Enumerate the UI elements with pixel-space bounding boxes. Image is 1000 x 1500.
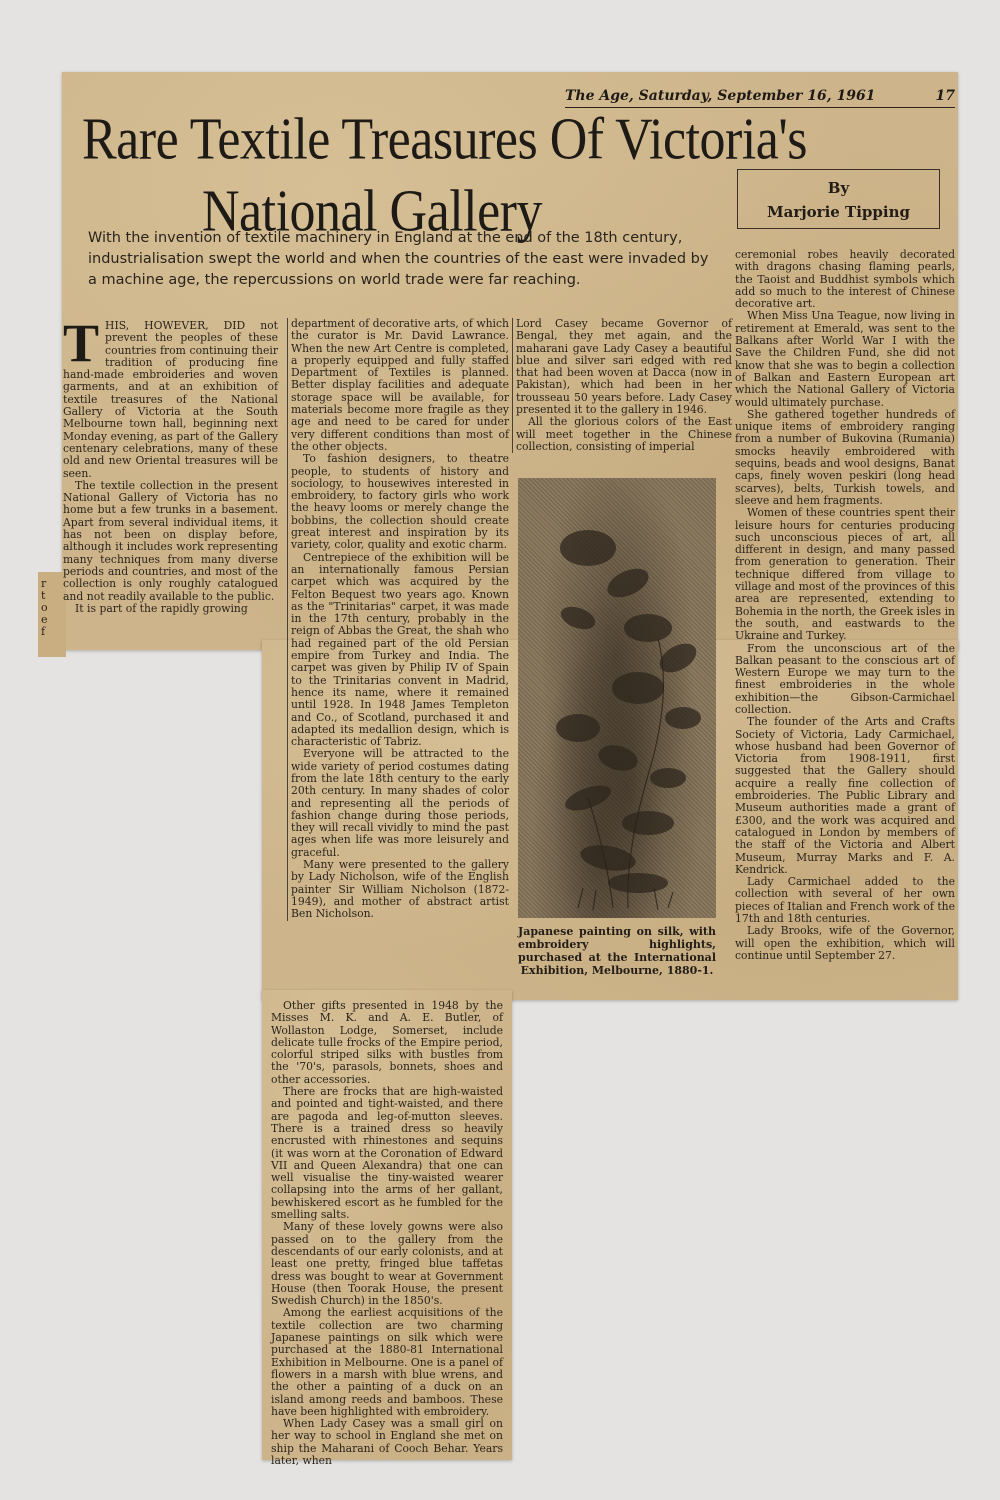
edge-fragment-text: r t o e f	[41, 578, 51, 638]
paragraph: The textile collection in the present Na…	[63, 480, 278, 603]
flower-painting-illustration	[518, 478, 716, 918]
paragraph: Women of these countries spent their lei…	[735, 507, 955, 642]
byline-author: Marjorie Tipping	[738, 200, 939, 224]
photo-caption: Japanese painting on silk, with embroide…	[518, 925, 716, 977]
article-column-2: department of decorative arts, of which …	[287, 318, 509, 921]
paragraph: Lady Brooks, wife of the Governor, will …	[735, 925, 955, 962]
paragraph: When Lady Casey was a small girl on her …	[271, 1418, 503, 1467]
article-column-4: ceremonial robes heavily decorated with …	[735, 249, 955, 962]
paragraph: It is part of the rapidly growing	[63, 603, 278, 615]
japanese-painting-photo	[518, 478, 716, 918]
paragraph: Lady Carmichael added to the collection …	[735, 876, 955, 925]
article-column-3: Lord Casey became Governor of Bengal, th…	[512, 318, 732, 453]
paragraph: Centrepiece of the exhibition will be an…	[291, 552, 509, 749]
paragraph: Among the earliest acquisitions of the t…	[271, 1307, 503, 1418]
paragraph: ceremonial robes heavily decorated with …	[735, 249, 955, 310]
paragraph: All the glorious colors of the East will…	[516, 416, 732, 453]
paragraph: To fashion designers, to theatre people,…	[291, 453, 509, 551]
paragraph: Many of these lovely gowns were also pas…	[271, 1221, 503, 1307]
drop-cap: T	[63, 322, 99, 364]
paragraph: There are frocks that are high-waisted a…	[271, 1086, 503, 1221]
paragraph: From the unconscious art of the Balkan p…	[735, 643, 955, 717]
paragraph: Many were presented to the gallery by La…	[291, 859, 509, 920]
paragraph: She gathered together hundreds of unique…	[735, 409, 955, 507]
paragraph: department of decorative arts, of which …	[291, 318, 509, 453]
paragraph: When Miss Una Teague, now living in reti…	[735, 310, 955, 408]
paragraph: Other gifts presented in 1948 by the Mis…	[271, 1000, 503, 1086]
byline-box: By Marjorie Tipping	[737, 169, 940, 229]
intro-standfirst: With the invention of textile machinery …	[88, 228, 713, 291]
article-column-1: T HIS, HOWEVER, DID not prevent the peop…	[63, 320, 278, 615]
paragraph: Everyone will be attracted to the wide v…	[291, 748, 509, 859]
byline-by: By	[738, 176, 939, 200]
article-column-2-continued: Other gifts presented in 1948 by the Mis…	[271, 1000, 503, 1467]
paragraph: Lord Casey became Governor of Bengal, th…	[516, 318, 732, 416]
paragraph: The founder of the Arts and Crafts Socie…	[735, 716, 955, 876]
